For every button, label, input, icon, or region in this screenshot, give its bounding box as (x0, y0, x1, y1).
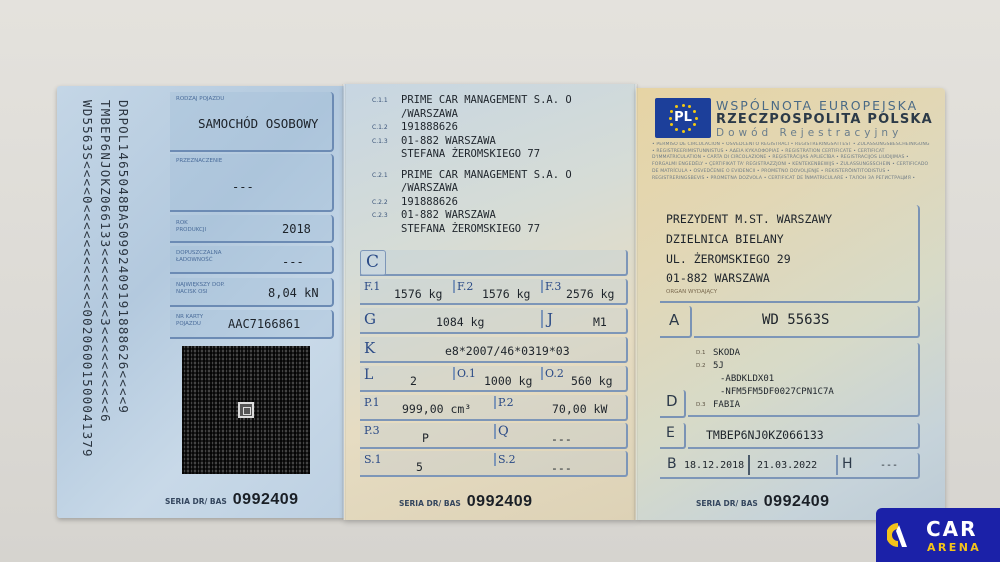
fold-line (634, 84, 638, 520)
section-c-tab: C (360, 250, 386, 276)
star-icon (682, 130, 685, 133)
mrz-line-2: TMBEP6NJOKZ066133<<<<<<<<3<<<<<<<<<<6 (96, 100, 114, 423)
holder-line: C.2.1PRIME CAR MANAGEMENT S.A. O (358, 169, 626, 183)
divider (748, 455, 750, 475)
field-value: STEFANA ŻEROMSKIEGO 77 (401, 148, 540, 160)
field-value: 191888626 (401, 196, 458, 208)
field-payload: DOPUSZCZALNA ŁADOWNOŚĆ --- (170, 246, 334, 274)
field-value: /WARSZAWA (401, 108, 458, 120)
star-icon (695, 117, 698, 120)
header-eu: WSPÓLNOTA EUROPEJSKA (716, 98, 918, 113)
field-code: D.2 (696, 363, 705, 369)
star-icon (688, 128, 691, 131)
series-number-left: SERIA DR/ BAS0992409 (165, 489, 299, 509)
field-value: STEFANA ŻEROMSKIEGO 77 (401, 223, 540, 235)
fold-line (342, 84, 346, 520)
field-code: C.1.3 (372, 138, 388, 145)
field-purpose: PRZEZNACZENIE --- (170, 154, 334, 212)
field-value: FABIA (713, 400, 740, 410)
issuing-authority-box: PREZYDENT M.ST. WARSZAWY DZIELNICA BIELA… (660, 205, 920, 303)
header-doc-title: Dowód Rejestracyjny (716, 127, 902, 139)
field-value: PRIME CAR MANAGEMENT S.A. O (401, 94, 572, 106)
owner-holder-block: C.1.1PRIME CAR MANAGEMENT S.A. O/WARSZAW… (358, 94, 626, 236)
header-country: RZECZPOSPOLITA POLSKA (716, 112, 933, 127)
field-value: 01-882 WARSZAWA (401, 209, 496, 221)
star-icon (670, 123, 673, 126)
field-a-registration-number: WD 5563S (694, 306, 920, 338)
car-arena-logo-icon (887, 521, 909, 549)
series-number-middle: SERIA DR/ BAS0992409 (399, 491, 533, 511)
field-d-tab: D (660, 390, 686, 418)
field-axle-load: NAJWIĘKSZY DOP. NACISK OSI 8,04 kN (170, 278, 334, 307)
mrz-line-1: DRPOL1465048BAS0992409191888626<<<<9 (114, 100, 132, 414)
owner-line: /WARSZAWA (358, 108, 626, 122)
mrz-line-3: WD5563S<<<<0<<<<<<<<<<<<0020600150004137… (78, 100, 96, 458)
holder-line: /WARSZAWA (358, 182, 626, 196)
star-icon (682, 104, 685, 107)
holder-line: STEFANA ŻEROMSKIEGO 77 (358, 223, 626, 237)
field-code: C.2.2 (372, 199, 388, 206)
field-value: 5J (713, 361, 724, 371)
field-e-vin: TMBEP6NJ0KZ066133 (688, 423, 920, 449)
owner-line: C.1.2191888626 (358, 121, 626, 135)
owner-line: STEFANA ŻEROMSKIEGO 77 (358, 148, 626, 162)
field-value: SKODA (713, 348, 740, 358)
field-code: D.3 (696, 402, 705, 408)
field-production-year: ROK PRODUKCJI 2018 (170, 215, 334, 243)
field-code: D.1 (696, 350, 705, 356)
owner-line: C.1.301-882 WARSZAWA (358, 135, 626, 149)
field-value: PRIME CAR MANAGEMENT S.A. O (401, 169, 572, 181)
field-vehicle-card-number: NR KARTY POJAZDU AAC7166861 (170, 310, 334, 339)
star-icon (693, 110, 696, 113)
row-g-j (360, 308, 628, 334)
holder-line: C.2.301-882 WARSZAWA (358, 209, 626, 223)
field-value: 01-882 WARSZAWA (401, 135, 496, 147)
owner-line: C.1.1PRIME CAR MANAGEMENT S.A. O (358, 94, 626, 108)
field-code: C.1.2 (372, 124, 388, 131)
field-value: /WARSZAWA (401, 182, 458, 194)
field-value: -NFM5FM5DF0027CPN1C7A (720, 387, 834, 397)
field-code: C.1.1 (372, 97, 388, 104)
star-icon (675, 128, 678, 131)
qr-code-icon (182, 346, 310, 474)
divider (836, 455, 838, 475)
field-e-tab: E (660, 423, 686, 449)
holder-line: C.2.2191888626 (358, 196, 626, 210)
field-a-tab: A (660, 306, 692, 338)
field-code: C.2.1 (372, 172, 388, 179)
star-icon (693, 123, 696, 126)
field-code: C.2.3 (372, 212, 388, 219)
field-value: -ABDKLDX01 (720, 374, 774, 384)
first-registration-date: 18.12.2018 (684, 460, 744, 471)
star-icon (688, 105, 691, 108)
section-c-box (360, 250, 628, 276)
eu-flag-icon: PL (655, 98, 711, 138)
multilingual-micro-text: • PERMISO DE CIRCULACIÓN • OSVĚDČENÍ O R… (652, 142, 932, 204)
field-value: 191888626 (401, 121, 458, 133)
series-number-right: SERIA DR/ BAS0992409 (696, 491, 830, 511)
star-icon (669, 117, 672, 120)
star-icon (675, 105, 678, 108)
field-vehicle-type: RODZAJ POJAZDU SAMOCHÓD OSOBOWY (170, 92, 334, 152)
car-arena-logo: CAR ARENA (876, 508, 1000, 562)
registration-date: 21.03.2022 (757, 460, 817, 471)
